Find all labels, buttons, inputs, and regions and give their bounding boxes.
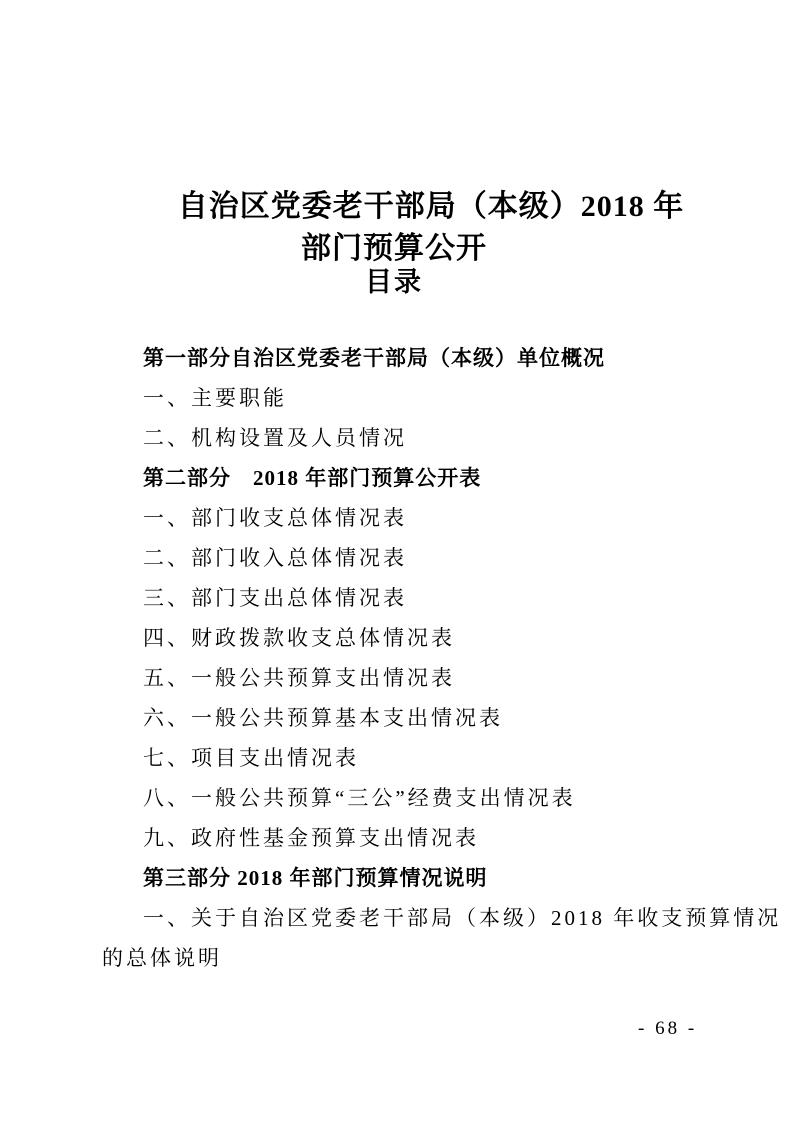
toc-heading: 目录 bbox=[86, 260, 702, 299]
toc-item: 七、项目支出情况表 bbox=[102, 738, 762, 778]
toc-item: 四、财政拨款收支总体情况表 bbox=[102, 618, 762, 658]
toc-section-heading: 第二部分 2018 年部门预算公开表 bbox=[102, 458, 762, 498]
document-title-line-1: 自治区党委老干部局（本级）2018 年 bbox=[123, 181, 739, 225]
toc-item-continuation: 的总体说明 bbox=[102, 938, 762, 978]
toc-list: 第一部分自治区党委老干部局（本级）单位概况一、主要职能二、机构设置及人员情况第二… bbox=[102, 338, 762, 978]
toc-item: 一、主要职能 bbox=[102, 378, 762, 418]
document-page: 自治区党委老干部局（本级）2018 年 部门预算公开 目录 第一部分自治区党委老… bbox=[0, 0, 793, 1122]
toc-item: 三、部门支出总体情况表 bbox=[102, 578, 762, 618]
toc-item: 一、部门收支总体情况表 bbox=[102, 498, 762, 538]
toc-item: 二、部门收入总体情况表 bbox=[102, 538, 762, 578]
toc-section-heading: 第三部分 2018 年部门预算情况说明 bbox=[102, 858, 762, 898]
page-number: - 68 - bbox=[638, 1018, 697, 1040]
toc-item: 六、一般公共预算基本支出情况表 bbox=[102, 698, 762, 738]
toc-item: 八、一般公共预算“三公”经费支出情况表 bbox=[102, 778, 762, 818]
toc-item: 一、关于自治区党委老干部局（本级）2018 年收支预算情况 bbox=[102, 898, 762, 938]
toc-item: 五、一般公共预算支出情况表 bbox=[102, 658, 762, 698]
toc-item: 二、机构设置及人员情况 bbox=[102, 418, 762, 458]
toc-item: 九、政府性基金预算支出情况表 bbox=[102, 818, 762, 858]
toc-section-heading: 第一部分自治区党委老干部局（本级）单位概况 bbox=[102, 338, 762, 378]
